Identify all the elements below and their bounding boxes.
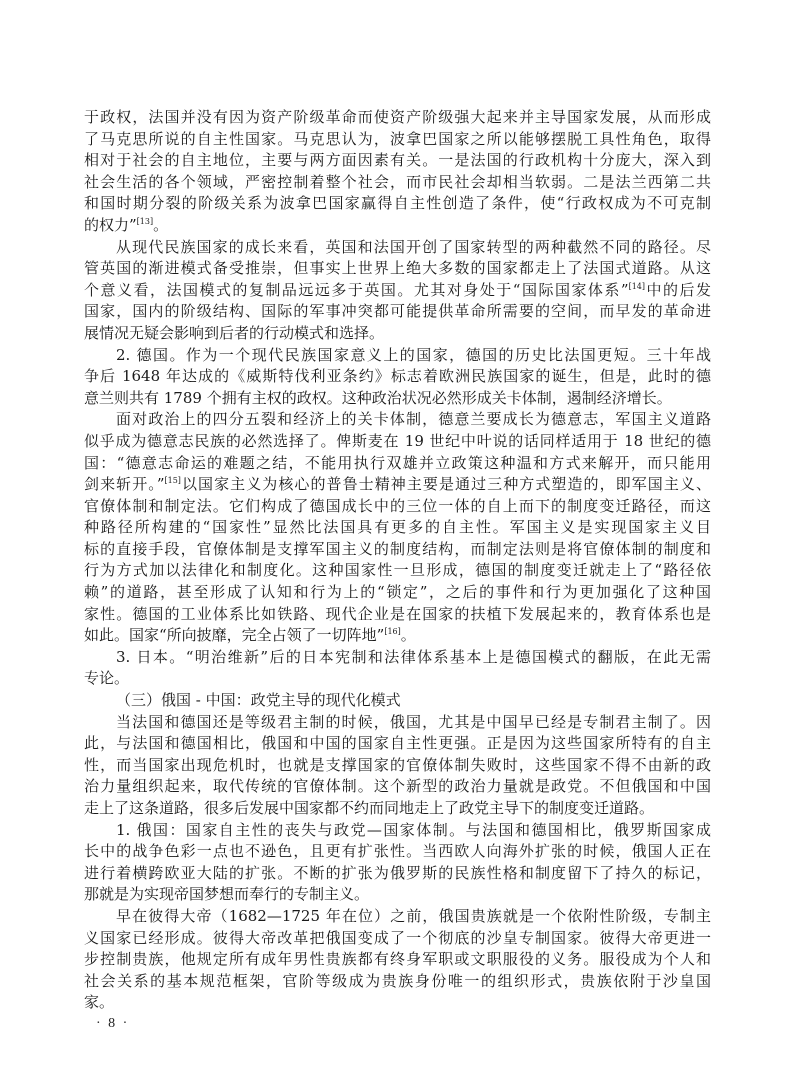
text-line: 早在彼得大帝（1682—1725 年在位）之前，俄国贵族就是一个依附性阶级，专制…	[84, 906, 711, 928]
text-span: 剑来斩开。”	[84, 475, 164, 493]
paragraph: 早在彼得大帝（1682—1725 年在位）之前，俄国贵族就是一个依附性阶级，专制…	[84, 906, 711, 1014]
text-span: 个意义看，法国模式的复制品远远多于英国。尤其对身处于“国际国家体系”	[84, 281, 629, 299]
text-span: 中的后发	[645, 281, 711, 299]
text-line: 社会关系的基本规范框架，官阶等级成为贵族身份唯一的组织形式，贵族依附于沙皇国	[84, 971, 711, 993]
text-line: 长中的战争色彩一点也不逊色，且更有扩张性。当西欧人向海外扩张的时候，俄国人正在	[84, 841, 711, 863]
text-line: 标的直接手段，官僚体制是支撑军国主义的制度结构，而制定法则是将官僚体制的制度和	[84, 539, 711, 561]
text-line: 家性。德国的工业体系比如铁路、现代企业是在国家的扶植下发展起来的，教育体系也是	[84, 604, 711, 626]
text-span: 。	[153, 216, 168, 234]
text-line: 步控制贵族，他规定所有成年男性贵族都有终身军职或文职服役的义务。服役成为个人和	[84, 949, 711, 971]
text-line: 于政权，法国并没有因为资产阶级革命而使资产阶级强大起来并主导国家发展，从而形成	[84, 107, 711, 129]
page-number: · 8 ·	[96, 1016, 129, 1032]
paragraph: 于政权，法国并没有因为资产阶级革命而使资产阶级强大起来并主导国家发展，从而形成 …	[84, 107, 711, 237]
text-line: 专论。	[84, 668, 711, 690]
text-line: 治力量组织起来，取代传统的官僚体制。这个新型的政治力量就是政党。不但俄国和中国	[84, 776, 711, 798]
text-line: 2. 德国。作为一个现代民族国家意义上的国家，德国的历史比法国更短。三十年战	[84, 345, 711, 367]
text-line: 义国家已经形成。彼得大帝改革把俄国变成了一个彻底的沙皇专制国家。彼得大帝更进一	[84, 928, 711, 950]
text-span: 如此。国家“所向披靡，完全占领了一切阵地”	[84, 626, 384, 644]
footnote-reference: [16]	[384, 627, 400, 636]
paragraph: 1. 俄国：国家自主性的丧失与政党—国家体制。与法国和德国相比，俄罗斯国家成 长…	[84, 820, 711, 906]
text-line: 了马克思所说的自主性国家。马克思认为，波拿巴国家之所以能够摆脱工具性角色，取得	[84, 129, 711, 151]
text-line: 意兰则共有 1789 个拥有主权的政权。这种政治状况必然形成关卡体制，遏制经济增…	[84, 388, 711, 410]
text-line: 进行着横跨欧亚大陆的扩张。不断的扩张为俄罗斯的民族性格和制度留下了持久的标记，	[84, 863, 711, 885]
text-span: 以国家主义为核心的普鲁士精神主要是通过三种方式塑造的，即军国主义、	[181, 475, 711, 493]
text-line: 社会生活的各个领域，严密控制着整个社会，而市民社会却相当软弱。二是法兰西第二共	[84, 172, 711, 194]
text-line: 走上了这条道路，很多后发展中国家都不约而同地走上了政党主导下的制度变迁道路。	[84, 798, 711, 820]
text-line: 官僚体制和制定法。它们构成了德国成长中的三位一体的自上而下的制度变迁路径，而这	[84, 496, 711, 518]
text-line: 面对政治上的四分五裂和经济上的关卡体制，德意兰要成长为德意志，军国主义道路	[84, 409, 711, 431]
paragraph: 从现代民族国家的成长来看，英国和法国开创了国家转型的两种截然不同的路径。尽 管英…	[84, 237, 711, 345]
text-line: 展情况无疑会影响到后者的行动模式和选择。	[84, 323, 711, 345]
footnote-reference: [15]	[164, 476, 180, 485]
text-line: 和国时期分裂的阶级关系为波拿巴国家赢得自主性创造了条件，使“行政权成为不可克制	[84, 193, 711, 215]
paragraph: 面对政治上的四分五裂和经济上的关卡体制，德意兰要成长为德意志，军国主义道路 似乎…	[84, 409, 711, 647]
text-line: 似乎成为德意志民族的必然选择了。俾斯麦在 19 世纪中叶说的话同样适用于 18 …	[84, 431, 711, 453]
text-line: 家。	[84, 992, 711, 1014]
text-line: 争后 1648 年达成的《威斯特伐利亚条约》标志着欧洲民族国家的诞生，但是，此时…	[84, 366, 711, 388]
text-line: 的权力”[13]。	[84, 215, 711, 237]
text-span: 。	[401, 626, 416, 644]
text-line: 种路径所构建的“国家性”显然比法国具有更多的自主性。军国主义是实现国家主义目	[84, 517, 711, 539]
paragraph: 2. 德国。作为一个现代民族国家意义上的国家，德国的历史比法国更短。三十年战 争…	[84, 345, 711, 410]
text-line: 此，与法国和德国相比，俄国和中国的国家自主性更强。正是因为这些国家所特有的自主	[84, 733, 711, 755]
text-line: 如此。国家“所向披靡，完全占领了一切阵地”[16]。	[84, 625, 711, 647]
text-line: 国家，国内的阶级结构、国际的军事冲突都可能提供革命所需要的空间，而早发的革命进	[84, 301, 711, 323]
text-line: 个意义看，法国模式的复制品远远多于英国。尤其对身处于“国际国家体系”[14]中的…	[84, 280, 711, 302]
text-line: 那就是为实现帝国梦想而奉行的专制主义。	[84, 884, 711, 906]
text-line: 赖”的道路，甚至形成了认知和行为上的“锁定”，之后的事件和行为更加强化了这种国	[84, 582, 711, 604]
text-line: 1. 俄国：国家自主性的丧失与政党—国家体制。与法国和德国相比，俄罗斯国家成	[84, 820, 711, 842]
paragraph: 当法国和德国还是等级君主制的时候，俄国，尤其是中国早已经是专制君主制了。因 此，…	[84, 712, 711, 820]
text-line: 管英国的渐进模式备受推崇，但事实上世界上绝大多数的国家都走上了法国式道路。从这	[84, 258, 711, 280]
text-line: 当法国和德国还是等级君主制的时候，俄国，尤其是中国早已经是专制君主制了。因	[84, 712, 711, 734]
text-line: 性，而当国家出现危机时，也就是支撑国家的官僚体制失败时，这些国家不得不由新的政	[84, 755, 711, 777]
text-line: 相对于社会的自主地位，主要与两方面因素有关。一是法国的行政机构十分庞大，深入到	[84, 150, 711, 172]
text-line: 国：“德意志命运的难题之结，不能用执行双雄并立政策这种温和方式来解开，而只能用	[84, 453, 711, 475]
paragraph: 3. 日本。“明治维新”后的日本宪制和法律体系基本上是德国模式的翻版，在此无需 …	[84, 647, 711, 690]
footnote-reference: [13]	[137, 217, 153, 226]
text-line: 行为方式加以法律化和制度化。这种国家性一旦形成，德国的制度变迁就走上了“路径依	[84, 560, 711, 582]
footnote-reference: [14]	[629, 282, 645, 291]
document-body: 于政权，法国并没有因为资产阶级革命而使资产阶级强大起来并主导国家发展，从而形成 …	[84, 107, 711, 1014]
text-line: 剑来斩开。”[15]以国家主义为核心的普鲁士精神主要是通过三种方式塑造的，即军国…	[84, 474, 711, 496]
section-heading: （三）俄国 - 中国：政党主导的现代化模式	[84, 690, 711, 712]
text-line: 3. 日本。“明治维新”后的日本宪制和法律体系基本上是德国模式的翻版，在此无需	[84, 647, 711, 669]
text-line: 从现代民族国家的成长来看，英国和法国开创了国家转型的两种截然不同的路径。尽	[84, 237, 711, 259]
text-span: 的权力”	[84, 216, 137, 234]
